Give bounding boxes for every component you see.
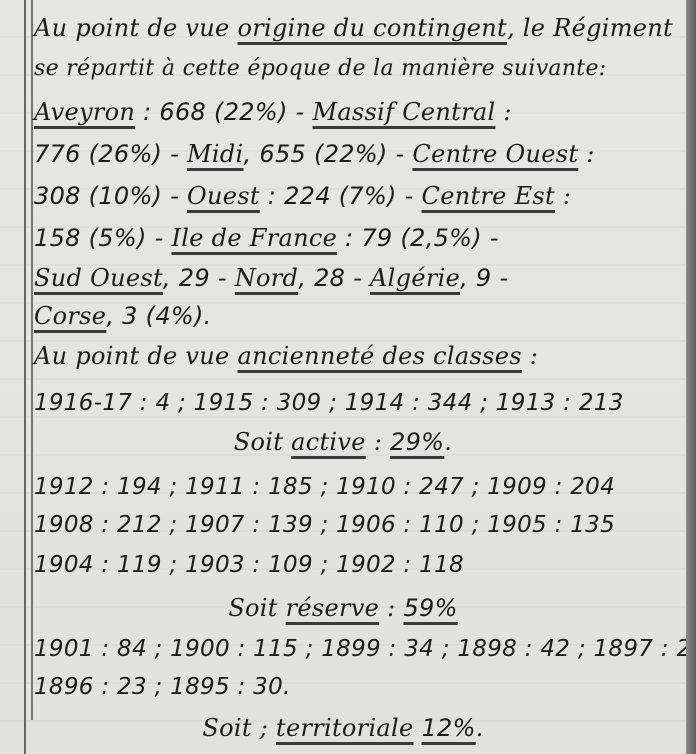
region-midi: Midi <box>187 140 244 168</box>
region-nord: Nord <box>235 264 299 292</box>
region-line-3: 308 (10%) - Ouest : 224 (7%) - Centre Es… <box>34 182 571 210</box>
region-line-2: 776 (26%) - Midi, 655 (22%) - Centre Oue… <box>34 140 595 168</box>
classes-reserve-values-1: 1912 : 194 ; 1911 : 185 ; 1910 : 247 ; 1… <box>34 474 615 500</box>
document-page: Au point de vue origine du contingent, l… <box>0 0 686 754</box>
territorial-percent: 12% <box>421 714 475 742</box>
classes-heading: ancienneté des classes <box>237 342 521 370</box>
active-percent: 29% <box>390 428 444 456</box>
region-centre-est: Centre Est <box>422 182 555 210</box>
region-line-1: Aveyron : 668 (22%) - Massif Central : <box>34 98 512 126</box>
region-centre-ouest: Centre Ouest <box>412 140 578 168</box>
classes-active-values: 1916-17 : 4 ; 1915 : 309 ; 1914 : 344 ; … <box>34 390 624 416</box>
region-corse: Corse <box>34 302 106 330</box>
region-line-6: Corse, 3 (4%). <box>34 302 212 330</box>
reserve-summary: Soit réserve : 59% <box>0 594 686 622</box>
region-line-5: Sud Ouest, 29 - Nord, 28 - Algérie, 9 - <box>34 264 508 292</box>
region-massif-central: Massif Central <box>312 98 495 126</box>
origin-intro-line-2: se répartit à cette époque de la manière… <box>34 56 606 81</box>
reserve-percent: 59% <box>403 594 457 622</box>
classes-reserve-values-3: 1904 : 119 ; 1903 : 109 ; 1902 : 118 <box>34 552 464 578</box>
margin-rule <box>24 0 26 754</box>
origin-intro-line: Au point de vue origine du contingent, l… <box>34 14 673 42</box>
region-aveyron: Aveyron <box>34 98 135 126</box>
classes-reserve-values-2: 1908 : 212 ; 1907 : 139 ; 1906 : 110 ; 1… <box>34 512 615 538</box>
region-sud-ouest: Sud Ouest <box>34 264 163 292</box>
region-algerie: Algérie <box>370 264 460 292</box>
active-label: active <box>291 428 366 456</box>
region-ouest: Ouest <box>187 182 260 210</box>
reserve-label: réserve <box>286 594 380 622</box>
active-summary: Soit active : 29%. <box>0 428 686 456</box>
territorial-summary: Soit ; territoriale 12%. <box>0 714 686 742</box>
classes-intro-line: Au point de vue ancienneté des classes : <box>34 342 538 370</box>
classes-territorial-values-2: 1896 : 23 ; 1895 : 30. <box>34 674 291 700</box>
page-edge-shadow <box>686 0 696 754</box>
territorial-label: territoriale <box>276 714 414 742</box>
region-line-4: 158 (5%) - Ile de France : 79 (2,5%) - <box>34 224 499 252</box>
classes-territorial-values-1: 1901 : 84 ; 1900 : 115 ; 1899 : 34 ; 189… <box>34 636 696 662</box>
region-ile-de-france: Ile de France <box>171 224 337 252</box>
origin-heading: origine du contingent <box>237 14 506 42</box>
